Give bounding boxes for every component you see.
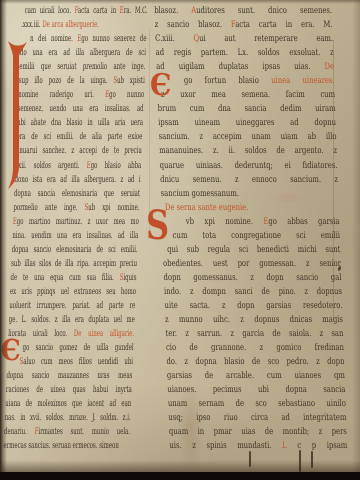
text-line: z munno uihc. z dopnus dnicas magis [165,313,343,327]
text-line: dopn gomessanus. z dopn sancio gal [163,271,341,285]
body-text: irmantes sunt. munio uela. [38,427,130,437]
body-text: vb xpi nomine. [186,217,264,227]
text-line: quarue uiniaas. dederuntq; ei fidiatores… [159,159,337,173]
body-text: iquis [123,273,137,283]
text-line: emilii que seruiat premolio ante inge. [19,60,146,74]
manuscript-photo: { "colors": { "ink": "#3d3227", "rubric"… [0,0,360,480]
body-text: go martino martinuz. z uxor mea mo [17,217,139,227]
text-line: garsias de arcable. cum uianoes qm [167,369,345,383]
body-text: z munno uihc. z dopnus dnicas magis [165,315,343,325]
text-line: ad uigilam duplatas ipsas uias. De [156,60,334,74]
body-text: C.xiii. [155,34,194,44]
body-text: nomine raderigo uri. [18,90,105,100]
text-line: uoluerit irrumpere. pariat. ad parte re [9,299,136,313]
body-text: cio de grannone. z gomico fredinan [166,343,344,353]
body-text: go nunno senerez de [81,34,147,44]
rubric-text: De [324,62,334,72]
body-text: indo. z dompn sanci de pino. z dopnus [164,287,342,297]
text-line: ubi abate dna blasio in uilla aria uera [17,116,144,130]
body-text: c p ipsam [287,441,348,451]
text-line: go fortun blasio uinea uineares. [156,74,334,88]
body-text: dopna sancia elemosinaria que seruiat [14,189,140,199]
text-line: C.xiii. Qui aut retemperare eam. [155,32,333,46]
text-line: uis. z spinis mundasti. L c p ipsam [169,439,347,453]
text-line: vb xpi nomine. Ego abbas garsia [161,215,339,229]
text-line: semenez. uendo una era insalinas. ad [17,102,144,116]
body-text: ad uigilam duplatas ipsas uias. [156,62,325,72]
text-line: dopna sancia elemosinaria que seruiat [14,187,141,201]
body-text: usq; ipso riuo circa ad integritatem [168,413,346,423]
initial-s-right: S [146,206,169,246]
body-text: dono ista era ad illa alberguera. z ad i [14,175,140,185]
rubric-text: uinea uineares. [271,76,335,86]
body-text: ra. M.C. [123,6,147,16]
text-line: indo. z dompn sanci de pino. z dopnus [164,285,342,299]
text-line: sancium. z accepim unam uiam ab illo [158,130,336,144]
body-text: go abbas garsia [268,217,339,227]
body-text: mananuines. z. ii. soldos de argento. z [159,146,337,156]
body-text: sancium. z accepim unam uiam ab illo [158,132,336,142]
rubric-text: De arca alberguerie. [42,20,99,30]
text-line: Ego martino martinuz. z uxor mea mo [13,215,140,229]
page-edge-left [0,0,7,480]
text-line: uiana de moleximos que iacent ad ean [5,397,132,411]
body-text: uiana de moleximos que iacent ad ean [5,399,131,409]
text-line: pormelio ante inge. Sub xpi nomine. [13,201,140,215]
body-text: ad regis partem. Lx. soldos exsoluat. z [156,48,334,58]
body-text: ge. L. soldos. z illa era duplata uel me [9,315,135,325]
text-line: z sancio blasoz. Facta carta in era. M. [154,18,332,32]
body-text: dopna sancio mauzannes nras meas [6,371,132,381]
text-line: unam sernam de sco sebastiano uinilo [168,397,346,411]
body-text: emilii que seruiat premolio ante inge. [19,62,145,72]
text-line: sup illo pozo de la uinga. Sub xpisti [18,74,145,88]
initial-i [6,40,28,193]
text-line: dopna sancio elemosinaria de sci emilii. [11,243,138,257]
body-text: n dei nomine. [30,34,78,44]
body-text: semenez. uendo una era insalinas. ad [17,104,143,114]
body-text: go nunno [109,90,145,100]
text-line: De serna sante eugenie. [161,201,339,215]
body-text: de te una equa cum sua filia. [10,273,120,283]
text-line: uianoes. pecimus ubi dopna sancia [167,383,345,397]
text-line: dnicu semenu. z ennoco sancium. z [160,173,338,187]
body-text: ub xpisti [117,76,145,86]
text-line: de te una equa cum sua filia. Siquis [10,271,137,285]
text-line: raciones de uinea quas habui inyrta [6,383,133,397]
text-line: denariu. Firmantes sunt. munio uela. [4,425,131,439]
body-text: ub xpi nomine. [88,203,140,213]
text-line: n dei nomine. Ego nunno senerez de [20,32,147,46]
body-text: ermecas sancius. seruan ermecos. simeon [3,441,119,451]
text-line: era de sci emilii. de alia parte exioe [16,130,143,144]
body-text: ter. z sarrun. z garcia de saiola. z san [165,329,343,339]
text-line: sancium gomessanum. [160,187,338,201]
body-text: nas. in xvii. soldos. mraze. J. soldm. z… [4,413,130,423]
body-text: ex uris ppinqs uel extraneos seu homo [10,287,136,297]
text-line: uite sacta. z dopn garsias resedotero. [164,299,342,313]
text-line: go sancio gomez de uilla gundel [7,341,134,355]
body-text: unuarui sanchez. z accepi de te preciu [16,146,142,156]
body-text: raciones de uinea quas habui inyrta [6,385,132,395]
page-edge-top [0,0,360,4]
body-text: uis. z spinis mundasti. [169,441,282,451]
initial-i-glyph [6,40,28,190]
text-line: z uxor mea semena. facim cum [157,88,335,102]
body-text: dopna sancio elemosinaria de sci emilii. [11,245,137,255]
body-text: era de sci emilii. de alia parte exioe [16,132,142,142]
body-text: obedientes. uest por gomessan. z senior [163,259,341,269]
text-line: ter. z sarrun. z garcia de saiola. z san [165,327,343,341]
manuscript-page: cam uicali loco. Facta carta in Era. M.C… [0,0,360,480]
body-text: uoluerit irrumpere. pariat. ad parte re [9,301,135,311]
body-text: cum tota congregatione sci emilii [173,231,341,241]
page-edge-right [352,0,360,480]
text-line: obedientes. uest por gomessan. z senior [163,257,341,271]
rubric-text: De uinea alligarie. [74,329,135,339]
text-line: nomine raderigo uri. Ego nunno [18,88,145,102]
rubric-text: De serna sante eugenie. [165,203,249,213]
text-line: cio de grannone. z gomico fredinan [166,341,344,355]
body-text: do una era ad illa alberguera de sci [20,48,146,58]
text-line: cum tota congregatione sci emilii [162,229,340,243]
text-line: do una era ad illa alberguera de sci [20,46,147,60]
body-text: dopn gomessanus. z dopn sancio gal [163,273,341,283]
text-column-right: blasoz. Auditores sunt. dnico semenes.z … [154,4,348,454]
body-text: .xxx.iii. [21,20,43,30]
text-line: ad regis partem. Lx. soldos exsoluat. z [155,46,333,60]
text-line: .xxx.iii. De arca alberguerie. [21,18,148,32]
body-text: acta carta in [78,6,120,16]
body-text: pormelio ante inge. [13,203,85,213]
body-text: z sancio blasoz. [155,20,232,30]
body-text: ubi abate dna blasio in uilla aria uera [17,118,143,128]
body-text: do. z dopna blasio de sco pedro. z dopn [166,357,344,367]
body-text: qui sub regula sci benedicti michi sunt [167,245,341,255]
text-line: blasoz. Auditores sunt. dnico semenes. [154,4,332,18]
body-text: sup illo pozo de la uinga. [19,76,114,86]
body-text: unam sernam de sco sebastiano uinilo [168,399,346,409]
body-text: garsias de arcable. cum uianoes qm [167,371,345,381]
text-line: Saluo cum meos filios uendidi ubi [7,355,134,369]
body-text: uditores sunt. dnico semenes. [196,6,332,16]
text-line: do. z dopna blasio de sco pedro. z dopn [166,355,344,369]
text-line: nas. in xvii. soldos. mraze. J. soldm. z… [4,411,131,425]
text-line: brum cum dna sancia dedim uiram [157,102,335,116]
text-line: sub illas silos de illa ripa. accepim pr… [11,257,138,271]
body-text: ipsam uineam uineggares ad dopnu [158,118,336,128]
text-line: qui sub regula sci benedicti michi sunt [162,243,340,257]
column-ruling-line [149,30,150,230]
body-text: ui aut retemperare eam. [199,34,333,44]
text-line: quam in pmar uias de montib; z pers [169,425,347,439]
photo-border-bottom [0,472,360,480]
body-text: go fortun blasio [184,76,272,86]
body-text: quam in pmar uias de montib; z pers [169,427,347,437]
body-text: aluo cum meos filios uendidi ubi [23,357,133,367]
text-line: usq; ipso riuo circa ad integritatem [168,411,346,425]
body-text: dnicu semenu. z ennoco sancium. z [160,175,338,185]
text-line: ex uris ppinqs uel extraneos seu homo [10,285,137,299]
body-text: z uxor mea semena. facim cum [161,90,335,100]
body-text: sub illas silos de illa ripa. accepim pr… [11,259,137,269]
body-text: go blasio abba [90,161,141,171]
text-line: ge. L. soldos. z illa era duplata uel me [8,313,135,327]
text-line: mananuines. z. ii. soldos de argento. z [159,144,337,158]
body-text: denariu. [4,427,35,437]
text-line: nina. uendim una era insalinas. ad illa [12,229,139,243]
text-line: dopna sancio mauzannes nras meas [6,369,133,383]
body-text: go sancio gomez de uilla gundel [22,343,133,353]
body-text: blasoz. [154,6,191,16]
body-text: cam uicali loco. [24,6,74,16]
body-text: acta carta in era. M. [235,20,333,30]
text-line: liorata uicali loco. De uinea alligarie. [8,327,135,341]
body-text: quarue uiniaas. dederuntq; ei fidiatores… [159,161,337,171]
body-text: uite sacta. z dopn garsias resedotero. [164,301,342,311]
text-line: xxii. soldos argenti. Ego blasio abba [15,159,142,173]
text-line: ermecas sancius. seruan ermecos. simeon [3,439,130,453]
body-text: nina. uendim una era insalinas. ad illa [12,231,138,241]
text-line: unuarui sanchez. z accepi de te preciu [16,144,143,158]
text-line: cam uicali loco. Facta carta in Era. M.C… [21,4,148,18]
text-line: ipsam uineam uineggares ad dopnu [158,116,336,130]
initial-e-right: Є [150,71,171,101]
body-text: brum cum dna sancia dedim uiram [158,104,336,114]
body-text: sancium gomessanum. [160,189,239,199]
body-text: uianoes. pecimus ubi dopna sancia [167,385,345,395]
text-line: dono ista era ad illa alberguera. z ad i [14,173,141,187]
